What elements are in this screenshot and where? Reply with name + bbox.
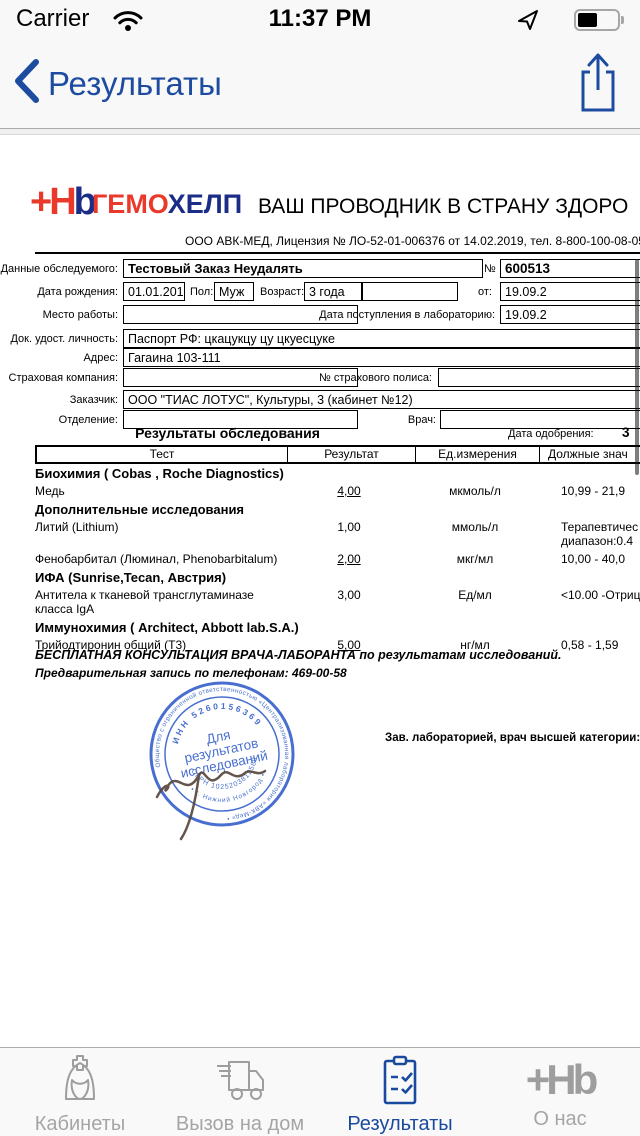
lab-stamp: Общество с ограниченной ответственностью… [143,675,301,850]
birthdate-value: 01.01.2015 [123,282,185,301]
tab-bar: Кабинеты Вызов на дом [0,1047,640,1136]
divider [35,252,640,254]
address-value: Гагаина 103-111 [123,348,640,367]
field-label: № страхового полиса: [300,372,432,384]
result-test-row: Фенобарбитал (Люминал, Phenobarbitalum)2… [35,550,640,568]
column-header-units: Ед.измерения [415,447,539,462]
column-header-range: Должные знач [539,447,640,462]
status-bar: Carrier 11:37 PM [0,0,640,40]
nav-bar: Результаты [0,40,640,129]
column-header-result: Результат [287,447,415,462]
result-test-row: Антитела к тканевой трансглутаминазе кла… [35,586,640,618]
patient-name-value: Тестовый Заказ Неудалять [123,259,483,278]
hemohelp-logo-icon: +Нb [30,183,94,221]
form-row-address: Адрес: Гагаина 103-111 [0,348,640,368]
order-date-value: 19.09.2 [500,282,640,301]
test-range: 10,99 - 21,9 [537,484,640,498]
results-table-body: Биохимия ( Cobas , Roche Diagnostics)Мед… [35,464,640,654]
tab-label: О нас [533,1108,586,1131]
empty-box [362,282,458,301]
received-date-value: 19.09.2 [500,305,640,324]
document-viewport[interactable]: +Нb ГЕМОХЕЛП ВАШ ПРОВОДНИК В СТРАНУ ЗДОР… [0,135,640,1047]
age-value: 3 года [304,282,362,301]
form-row-customer: Заказчик: ООО "ТИАС ЛОТУС", Культуры, 3 … [0,390,640,410]
result-category-row: ИФА (Sunrise,Tecan, Австрия) [35,568,640,586]
test-name: Фенобарбитал (Люминал, Phenobarbitalum) [35,552,285,566]
test-units: мкмоль/л [413,484,537,498]
customer-value: ООО "ТИАС ЛОТУС", Культуры, 3 (кабинет №… [123,390,640,409]
back-button[interactable]: Результаты [12,58,222,109]
test-range: Терапевтичесдиапазон:0.4 [537,520,640,548]
field-label: Дата рождения: [0,286,118,298]
field-label: Пол: [190,286,213,298]
tab-kabinety[interactable]: Кабинеты [0,1048,160,1136]
test-result: 2,00 [285,552,413,566]
hemohelp-logo-icon: +Нb [526,1053,595,1107]
test-range: 10,00 - 40,0 [537,552,640,566]
app-screen: Carrier 11:37 PM Результаты [0,0,640,1136]
test-result: 1,00 [285,520,413,548]
tab-label: Кабинеты [35,1113,125,1136]
test-units: мкг/мл [413,552,537,566]
battery-icon [574,9,620,31]
location-arrow-icon [516,8,540,37]
test-units: Ед/мл [413,588,537,616]
share-icon [570,103,626,120]
field-label: Адрес: [0,352,118,364]
field-label: Дата поступления в лабораторию: [280,309,495,321]
brand-name: ГЕМОХЕЛП [92,191,242,218]
test-units: ммоль/л [413,520,537,548]
results-table-header: Тест Результат Ед.измерения Должные знач [35,445,640,464]
scrollbar[interactable] [635,259,639,475]
tab-label: Вызов на дом [176,1113,304,1136]
tagline: ВАШ ПРОВОДНИК В СТРАНУ ЗДОРО [258,195,628,219]
test-result: 4,00 [285,484,413,498]
test-name: Медь [35,484,285,498]
id-document-value: Паспорт РФ: цкацукцу цу цкуесцуке [123,329,640,348]
result-test-row: Медь4,00мкмоль/л10,99 - 21,9 [35,482,640,500]
form-row-workplace: Место работы: Дата поступления в лаборат… [0,305,640,325]
nurse-icon [53,1048,107,1112]
field-label: Страховая компания: [0,372,118,384]
lab-report-page: +Нb ГЕМОХЕЛП ВАШ ПРОВОДНИК В СТРАНУ ЗДОР… [0,135,640,1047]
field-label: Заказчик: [0,394,118,406]
result-category-row: Иммунохимия ( Architect, Abbott lab.S.A.… [35,618,640,636]
share-button[interactable] [570,50,626,121]
form-row-patient: Данные обследуемого: Тестовый Заказ Неуд… [0,259,640,279]
test-range: <10.00 -Отрицате [537,588,640,616]
approval-date-label: Дата одобрения: [508,428,594,440]
results-table: Тест Результат Ед.измерения Должные знач… [35,445,640,654]
tab-label: Результаты [347,1113,452,1136]
form-row-id-document: Док. удост. личность: Паспорт РФ: цкацук… [0,329,640,349]
field-label: Место работы: [0,309,118,321]
results-section-title: Результаты обследования [35,425,420,441]
back-button-label: Результаты [48,65,222,103]
field-label: Док. удост. личность: [0,333,118,345]
policy-number-value [438,368,640,387]
chevron-left-icon [12,58,40,109]
result-test-row: Литий (Lithium)1,00ммоль/лТерапевтичесди… [35,518,640,550]
test-result: 3,00 [285,588,413,616]
tab-vyzov-na-dom[interactable]: Вызов на дом [160,1048,320,1136]
test-name: Литий (Lithium) [35,520,285,548]
column-header-test: Тест [37,447,287,462]
result-category-row: Дополнительные исследования [35,500,640,518]
clock: 11:37 PM [0,5,640,33]
form-row-insurance: Страховая компания: № страхового полиса: [0,368,640,388]
field-label: № [484,263,496,275]
clipboard-check-icon [373,1048,427,1112]
truck-icon [213,1048,267,1112]
form-row-birthdate: Дата рождения: 01.01.2015 Пол: Муж Возра… [0,282,640,302]
free-consultation-note: БЕСПЛАТНАЯ КОНСУЛЬТАЦИЯ ВРАЧА-ЛАБОРАНТА … [35,648,562,662]
doctor-value [440,410,640,429]
tab-rezultaty[interactable]: Результаты [320,1048,480,1136]
field-label: Возраст: [260,286,304,298]
approval-date-value: 3 [622,425,630,440]
test-name: Антитела к тканевой трансглутаминазе кла… [35,588,285,616]
field-label: от: [478,286,492,298]
lab-head-signature-line: Зав. лабораторией, врач высшей категории… [385,732,640,744]
result-category-row: Биохимия ( Cobas , Roche Diagnostics) [35,464,640,482]
license-line: ООО АВК-МЕД, Лицензия № ЛО-52-01-006376 … [185,234,640,248]
tab-o-nas[interactable]: +Нb О нас [480,1048,640,1136]
field-label: Данные обследуемого: [0,263,118,275]
sex-value: Муж [214,282,254,301]
order-number-value: 600513 [500,259,640,278]
